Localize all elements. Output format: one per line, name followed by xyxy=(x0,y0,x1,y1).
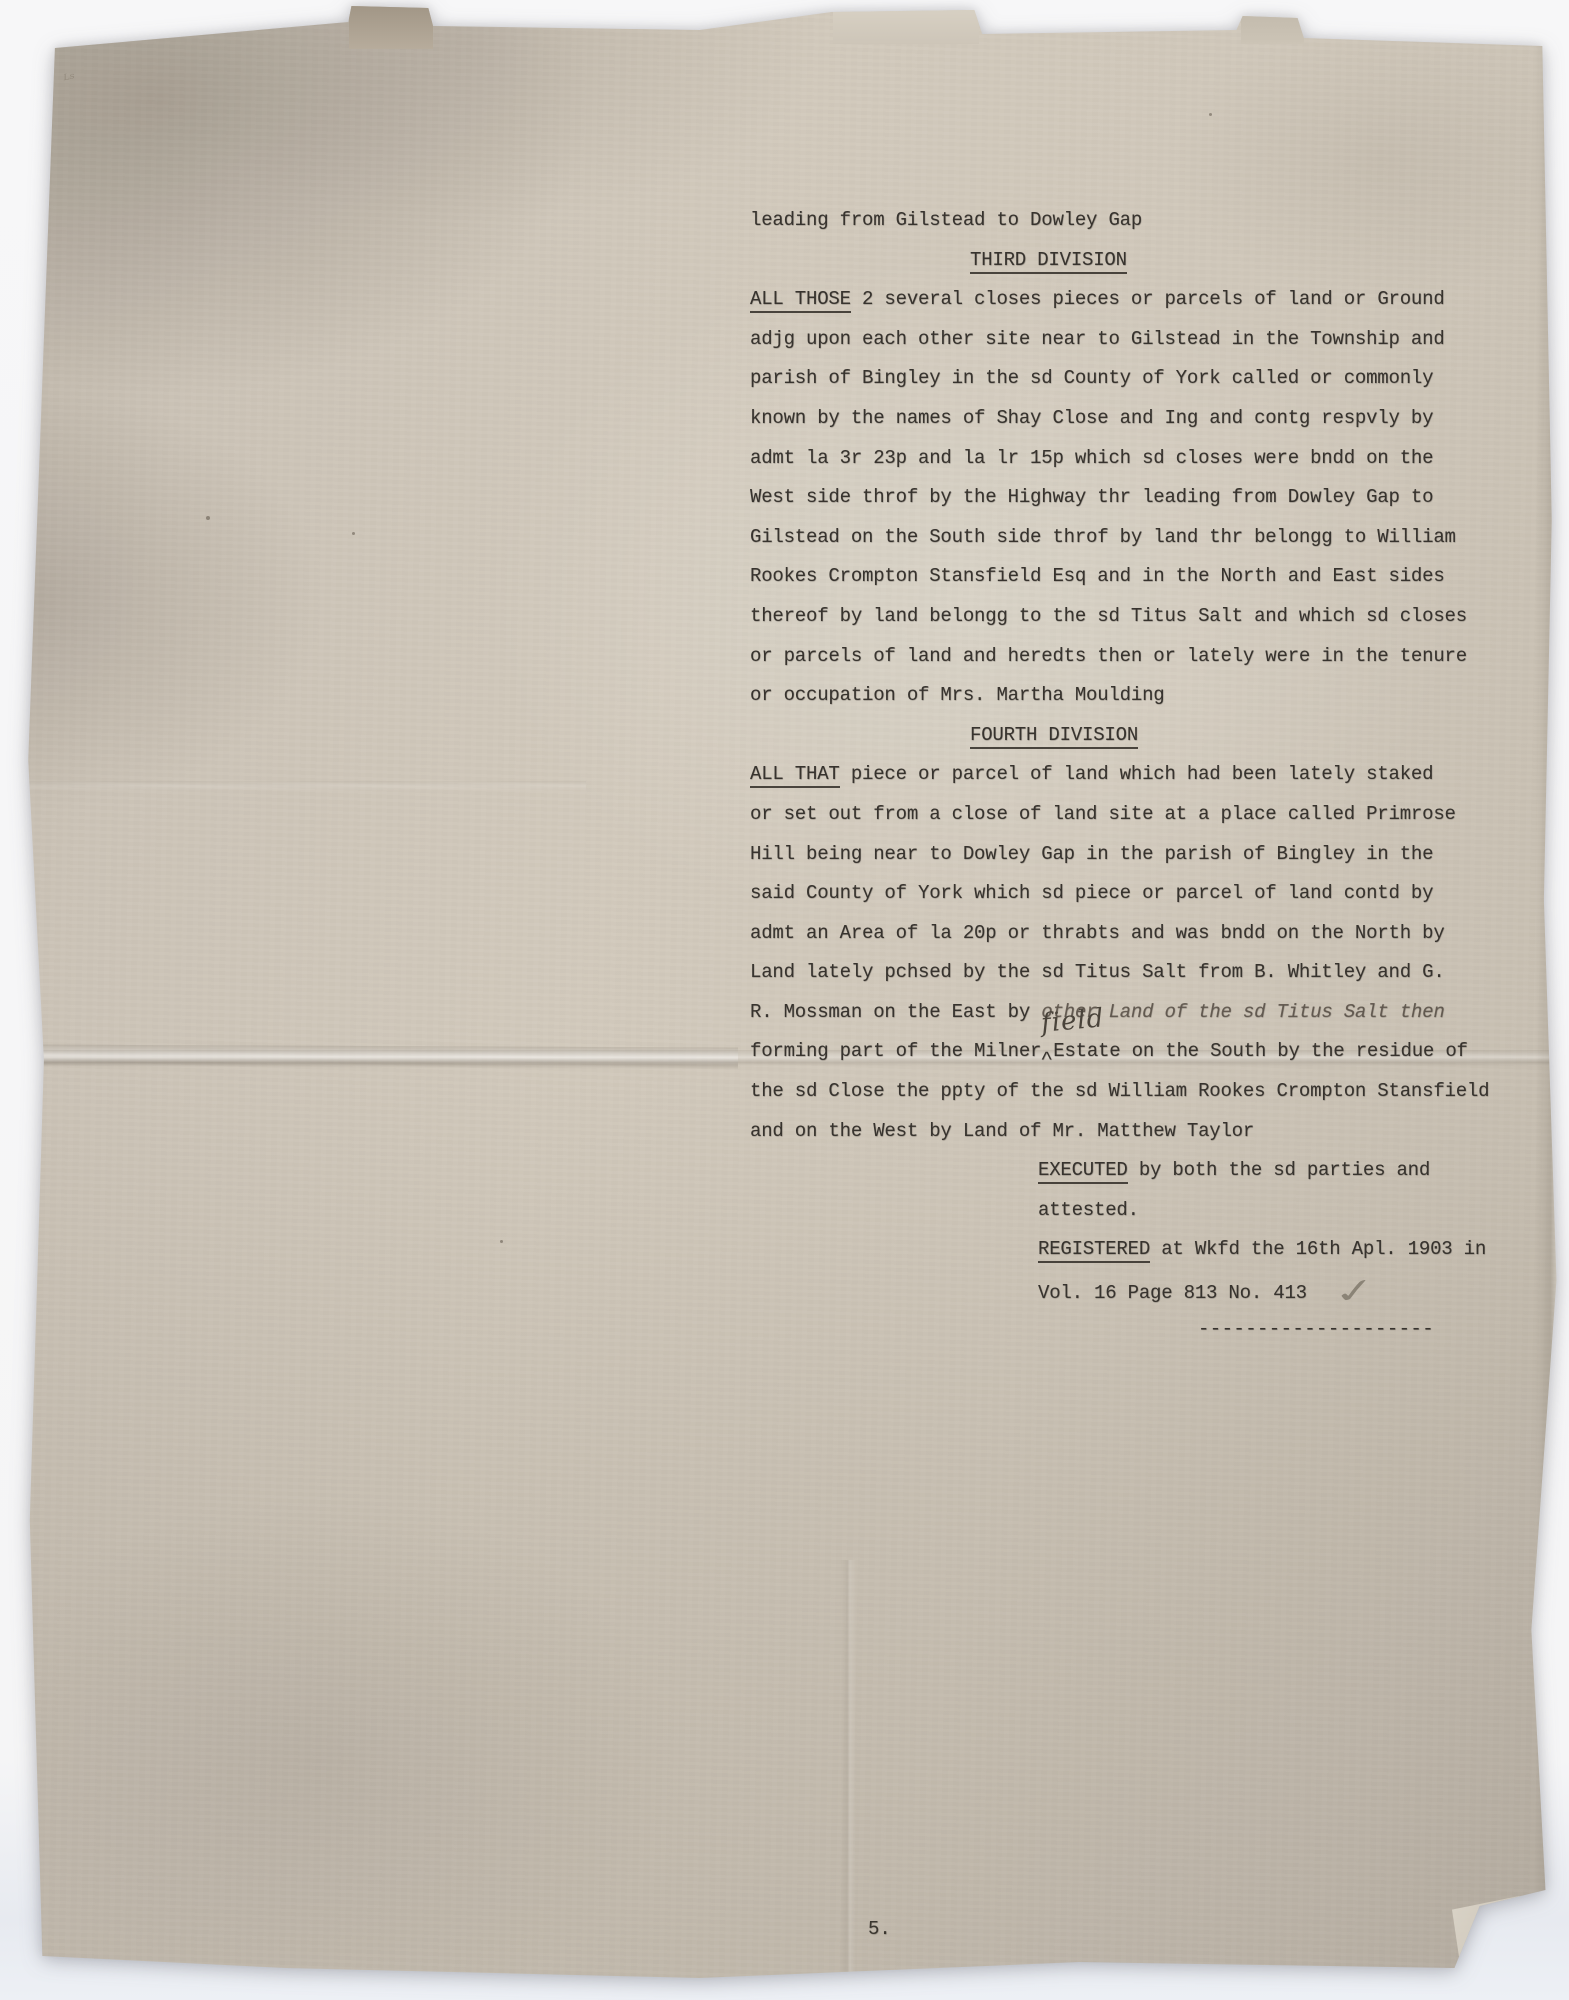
text-segment: Land lately pchsed by the sd Titus Salt … xyxy=(750,961,1445,983)
text-segment: known by the names of Shay Close and Ing… xyxy=(750,407,1433,429)
text-segment: ALL THAT xyxy=(750,763,840,788)
text-segment: said County of York which sd piece or pa… xyxy=(750,882,1433,904)
typed-line: REGISTERED at Wkfd the 16th Apl. 1903 in xyxy=(1038,1230,1550,1270)
typed-line: Land lately pchsed by the sd Titus Salt … xyxy=(750,953,1550,993)
typed-line: adjg upon each other site near to Gilste… xyxy=(750,320,1550,360)
typed-line: thereof by land belongg to the sd Titus … xyxy=(750,597,1550,637)
handwritten-insertion: field xyxy=(1040,1006,1105,1037)
text-segment: Vol. 16 Page 813 No. 413 xyxy=(1038,1282,1307,1304)
text-segment: West side throf by the Highway thr leadi… xyxy=(750,486,1433,508)
text-segment: the sd Close the ppty of the sd William … xyxy=(750,1080,1489,1102)
fold-crease-vertical xyxy=(840,1560,856,2000)
text-segment: by both the sd parties and xyxy=(1128,1159,1430,1181)
typed-line: forming part of the Milner^fieldEstate o… xyxy=(750,1032,1550,1072)
text-segment: thereof by land belongg to the sd Titus … xyxy=(750,605,1467,627)
paper-speck xyxy=(500,1240,503,1243)
text-segment: REGISTERED xyxy=(1038,1238,1150,1263)
typed-line: R. Mossman on the East by other Land of … xyxy=(750,993,1550,1033)
text-segment: attested. xyxy=(1038,1199,1139,1221)
section-heading-text: THIRD DIVISION xyxy=(970,249,1127,274)
page-number: 5. xyxy=(868,1918,891,1940)
typed-line: known by the names of Shay Close and Ing… xyxy=(750,399,1550,439)
typed-line: parish of Bingley in the sd County of Yo… xyxy=(750,359,1550,399)
paper-speck xyxy=(1209,113,1212,116)
text-segment: leading from Gilstead to Dowley Gap xyxy=(750,209,1142,231)
typed-line: or set out from a close of land site at … xyxy=(750,795,1550,835)
section-heading: THIRD DIVISION xyxy=(970,241,1550,281)
torn-paper-tab xyxy=(833,6,979,44)
typed-line: the sd Close the ppty of the sd William … xyxy=(750,1072,1550,1112)
text-segment: 2 several closes pieces or parcels of la… xyxy=(851,288,1445,310)
text-segment: or occupation of Mrs. Martha Moulding xyxy=(750,684,1164,706)
typed-line: or parcels of land and heredts then or l… xyxy=(750,637,1550,677)
text-segment: R. Mossman on the East by xyxy=(750,1001,1041,1023)
typed-line: West side throf by the Highway thr leadi… xyxy=(750,478,1550,518)
text-segment: or set out from a close of land site at … xyxy=(750,803,1456,825)
text-segment: Rookes Crompton Stansfield Esq and in th… xyxy=(750,565,1445,587)
typed-content: leading from Gilstead to Dowley GapTHIRD… xyxy=(750,201,1550,1349)
text-segment: adjg upon each other site near to Gilste… xyxy=(750,328,1445,350)
section-heading-text: FOURTH DIVISION xyxy=(970,724,1138,749)
typed-line: Hill being near to Dowley Gap in the par… xyxy=(750,835,1550,875)
text-segment: admt an Area of la 20p or thrabts and wa… xyxy=(750,922,1445,944)
text-segment: forming part of the Milner xyxy=(750,1040,1041,1062)
typed-dash-rule: -------------------- xyxy=(1198,1318,1434,1340)
typed-line: admt la 3r 23p and la lr 15p which sd cl… xyxy=(750,439,1550,479)
typed-line: EXECUTED by both the sd parties and xyxy=(1038,1151,1550,1191)
torn-paper-tab xyxy=(1241,14,1304,44)
text-segment: or parcels of land and heredts then or l… xyxy=(750,645,1467,667)
typed-line: Gilstead on the South side throf by land… xyxy=(750,518,1550,558)
text-segment: parish of Bingley in the sd County of Yo… xyxy=(750,367,1433,389)
typed-line: or occupation of Mrs. Martha Moulding xyxy=(750,676,1550,716)
text-segment: piece or parcel of land which had been l… xyxy=(840,763,1434,785)
text-segment: ALL THOSE xyxy=(750,288,851,313)
fold-crease-faint xyxy=(26,781,586,791)
paper-speck xyxy=(206,516,210,520)
typed-line: Vol. 16 Page 813 No. 413✓ xyxy=(1038,1270,1550,1310)
typed-line: ALL THOSE 2 several closes pieces or par… xyxy=(750,280,1550,320)
torn-corner-bottom-right xyxy=(1452,1896,1548,1972)
typed-line: ALL THAT piece or parcel of land which h… xyxy=(750,755,1550,795)
typed-line: admt an Area of la 20p or thrabts and wa… xyxy=(750,914,1550,954)
typed-line: leading from Gilstead to Dowley Gap xyxy=(750,201,1550,241)
section-heading: FOURTH DIVISION xyxy=(970,716,1550,756)
typed-line: Rookes Crompton Stansfield Esq and in th… xyxy=(750,557,1550,597)
paper-speck xyxy=(352,532,355,535)
text-segment: EXECUTED xyxy=(1038,1159,1128,1184)
scanned-document-photo: ᴸˢ leading from Gilstead to Dowley GapTH… xyxy=(0,0,1569,2000)
typed-line: and on the West by Land of Mr. Matthew T… xyxy=(750,1112,1550,1152)
text-segment: Hill being near to Dowley Gap in the par… xyxy=(750,843,1433,865)
text-segment: and on the West by Land of Mr. Matthew T… xyxy=(750,1120,1254,1142)
typed-line: said County of York which sd piece or pa… xyxy=(750,874,1550,914)
typed-line: attested. xyxy=(1038,1191,1550,1231)
text-segment: Estate on the South by the residue of xyxy=(1053,1040,1467,1062)
torn-paper-tab xyxy=(349,5,433,49)
text-segment: at Wkfd the 16th Apl. 1903 in xyxy=(1150,1238,1486,1260)
typed-line: -------------------- xyxy=(1038,1310,1550,1350)
text-segment: Gilstead on the South side throf by land… xyxy=(750,526,1456,548)
text-segment: admt la 3r 23p and la lr 15p which sd cl… xyxy=(750,447,1433,469)
